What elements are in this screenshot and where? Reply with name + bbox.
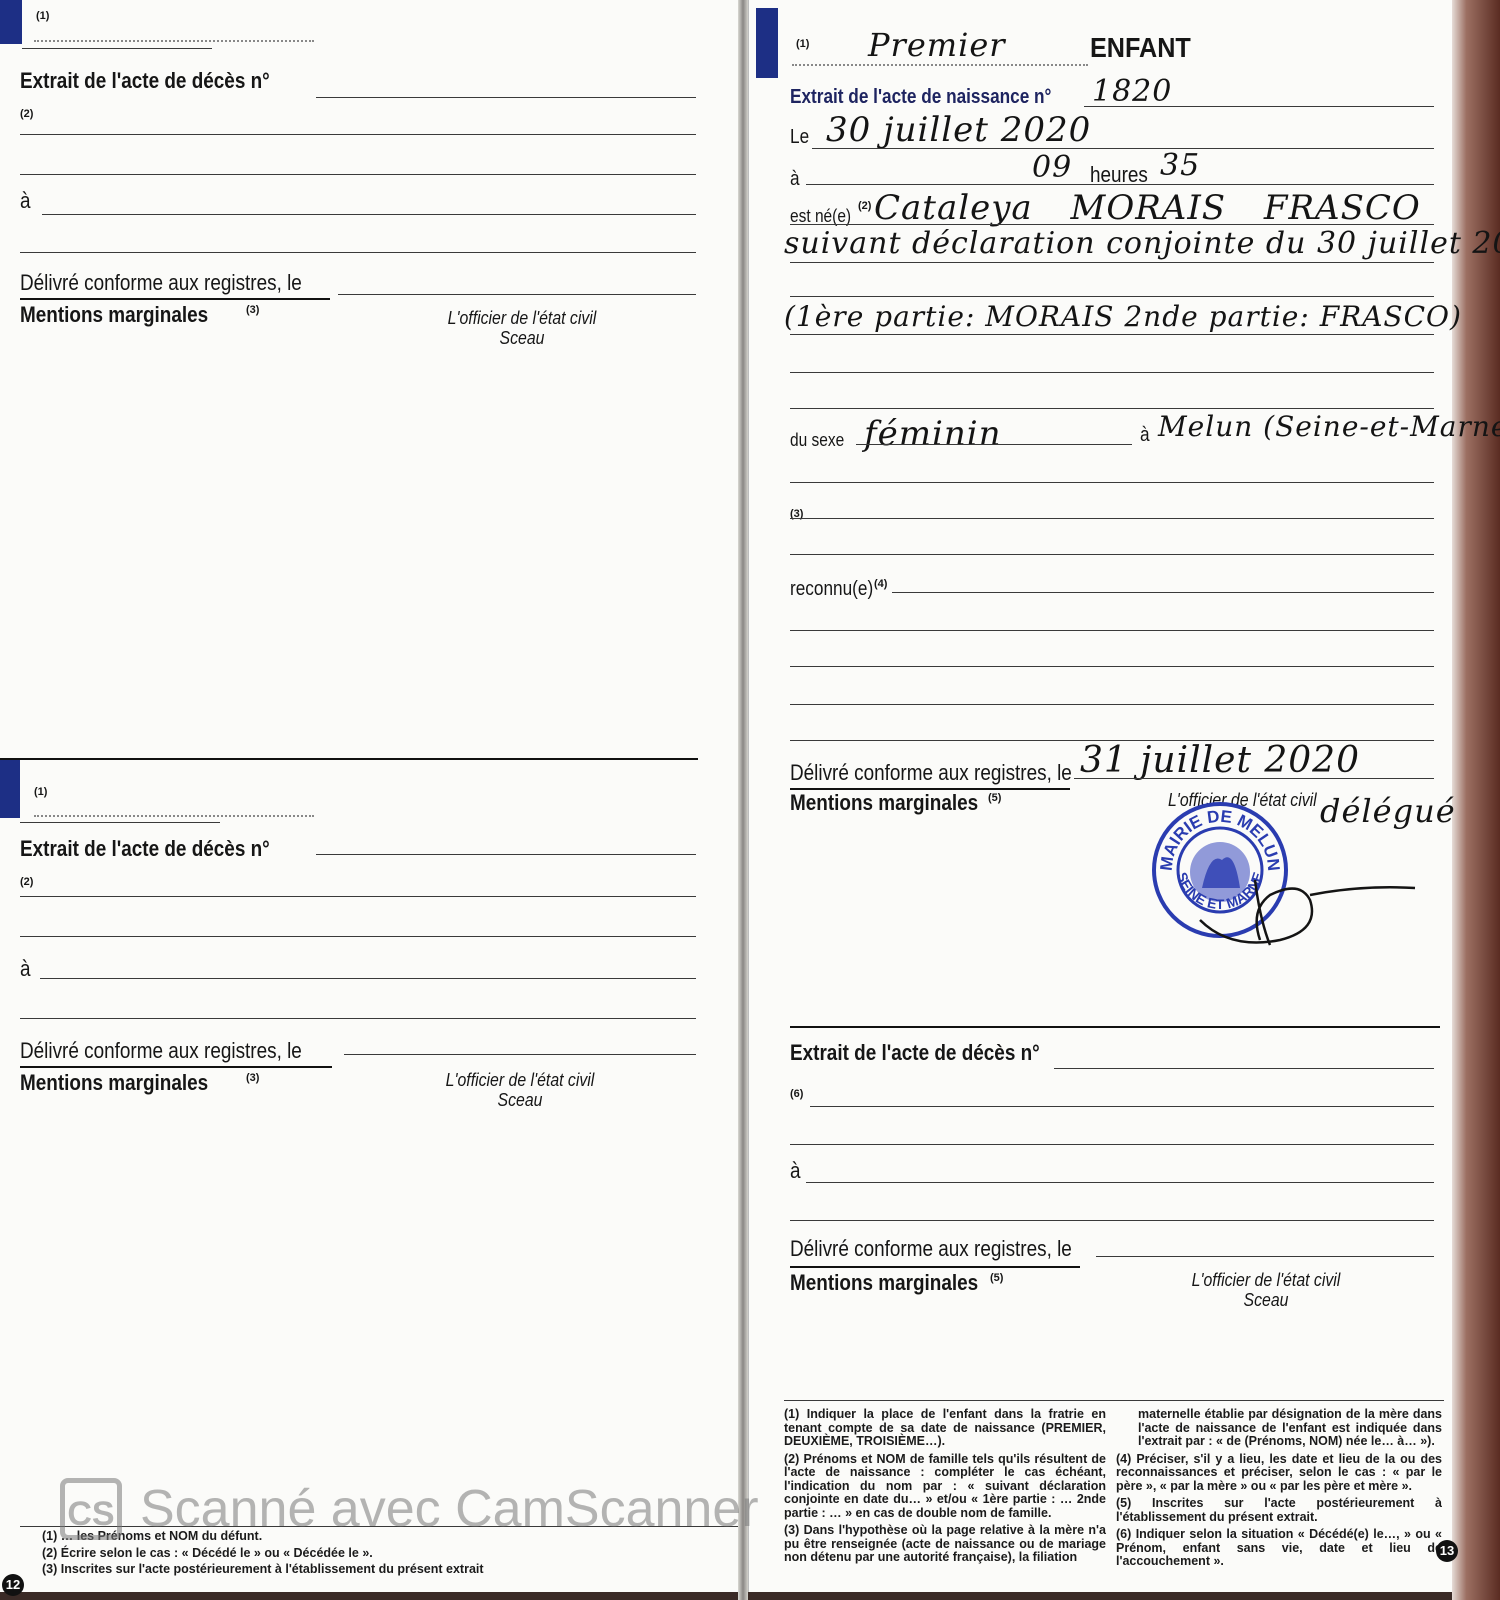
blank-line[interactable] xyxy=(790,666,1434,667)
blank-line[interactable] xyxy=(790,704,1434,705)
date-label: Le xyxy=(790,126,809,149)
rank-dotted-line xyxy=(34,40,314,42)
blank-line xyxy=(790,296,1434,297)
footnote-4: (4) Préciser, s'il y a lieu, les date et… xyxy=(1116,1453,1442,1494)
place-line[interactable] xyxy=(42,214,696,215)
mentions-label: Mentions marginales xyxy=(20,1070,208,1096)
minute-value: 35 xyxy=(1160,148,1200,183)
officer-label: L'officier de l'état civil Sceau xyxy=(1169,1270,1363,1310)
officer-title: L'officier de l'état civil xyxy=(425,308,619,328)
seal-label: Sceau xyxy=(1169,1290,1363,1310)
footnote-6: (6) Indiquer selon la situation « Décédé… xyxy=(1116,1528,1442,1569)
delivered-label: Délivré conforme aux registres, le xyxy=(790,1236,1072,1262)
blank-line[interactable] xyxy=(790,630,1434,631)
name-line-3: (1ère partie: MORAIS 2nde partie: FRASCO… xyxy=(784,300,1462,333)
section-marker-bar xyxy=(0,0,22,44)
date-value: 30 juillet 2020 xyxy=(826,110,1091,150)
blank-line[interactable] xyxy=(20,896,696,897)
blank-line xyxy=(790,482,1434,483)
officer-signature xyxy=(1160,840,1420,950)
blank-line[interactable] xyxy=(20,174,696,175)
page-number-right: 13 xyxy=(1436,1540,1458,1562)
footnote-2: (2) Prénoms et NOM de famille tels qu'il… xyxy=(784,1453,1106,1521)
act-number-line[interactable] xyxy=(1054,1068,1434,1069)
label-underline xyxy=(20,298,330,300)
seal-label: Sceau xyxy=(423,1090,617,1110)
blank-line xyxy=(790,518,1434,519)
section-marker-bar xyxy=(756,8,778,78)
act-number-line xyxy=(1084,106,1434,107)
footnote-divider xyxy=(784,1400,1444,1401)
right-footnotes-col2: maternelle établie par désignation de la… xyxy=(1116,1408,1442,1569)
act-number-line[interactable] xyxy=(316,97,696,98)
sex-label: du sexe xyxy=(790,430,844,451)
label-underline xyxy=(20,1066,332,1068)
officer-label: L'officier de l'état civil Sceau xyxy=(423,1070,617,1110)
hour-value: 09 xyxy=(1032,150,1072,185)
blank-line xyxy=(790,262,1434,263)
divider xyxy=(20,822,220,823)
footnote-5: (5) Inscrites sur l'acte postérieurement… xyxy=(1116,1497,1442,1524)
recognized-line[interactable] xyxy=(892,592,1434,593)
sex-value: féminin xyxy=(864,414,1002,454)
officer-handwritten: délégué xyxy=(1320,792,1456,830)
seal-label: Sceau xyxy=(425,328,619,348)
delivered-date-line[interactable] xyxy=(338,294,696,295)
watermark-text: Scanné avec CamScanner xyxy=(140,1479,759,1539)
delivered-label: Délivré conforme aux registres, le xyxy=(20,270,302,296)
camscanner-watermark: CS Scanné avec CamScanner xyxy=(60,1478,759,1540)
time-line xyxy=(806,184,1434,185)
mentions-ref: (3) xyxy=(246,304,259,316)
name-line-2: suivant déclaration conjointe du 30 juil… xyxy=(784,226,1500,261)
label-underline xyxy=(790,1266,1080,1268)
rank-suffix: ENFANT xyxy=(1090,32,1191,64)
delivered-date-line[interactable] xyxy=(344,1054,696,1055)
birth-act-title: Extrait de l'acte de naissance n° xyxy=(790,86,1051,109)
name-line xyxy=(790,224,1434,225)
place-label: à xyxy=(20,956,31,982)
blank-line[interactable] xyxy=(20,1018,696,1019)
rank-ref: (1) xyxy=(34,786,47,798)
place-label: à xyxy=(790,1158,801,1184)
death-act-title: Extrait de l'acte de décès n° xyxy=(20,68,270,94)
at-label: à xyxy=(790,168,800,191)
blank-line xyxy=(790,554,1434,555)
mentions-ref: (3) xyxy=(246,1072,259,1084)
blank-line xyxy=(790,334,1434,335)
date-line xyxy=(812,148,1434,149)
footnote-ref: (2) xyxy=(20,876,33,888)
place-label: à xyxy=(1140,424,1150,447)
delivered-label: Délivré conforme aux registres, le xyxy=(20,1038,302,1064)
camscanner-logo-icon: CS xyxy=(60,1478,122,1540)
delivered-date-line[interactable] xyxy=(1096,1256,1434,1257)
officer-title: L'officier de l'état civil xyxy=(423,1070,617,1090)
recognized-ref: (4) xyxy=(874,578,887,590)
blank-line[interactable] xyxy=(20,134,696,135)
footnote-2: (2) Écrire selon le cas : « Décédé le » … xyxy=(42,1547,702,1561)
footnote-3: (3) Dans l'hypothèse où la page relative… xyxy=(784,1524,1106,1565)
death-act-title: Extrait de l'acte de décès n° xyxy=(20,836,270,862)
mentions-label: Mentions marginales xyxy=(20,302,208,328)
mentions-ref: (5) xyxy=(990,1272,1003,1284)
place-line[interactable] xyxy=(806,1182,1434,1183)
rank-ref: (1) xyxy=(36,10,49,22)
rank-dotted-line xyxy=(792,64,1088,66)
blank-line[interactable] xyxy=(790,1220,1434,1221)
sex-line xyxy=(856,444,1132,445)
footnote-1: (1) Indiquer la place de l'enfant dans l… xyxy=(784,1408,1106,1449)
rank-ref: (1) xyxy=(796,38,809,50)
footnote-3: (3) Inscrites sur l'acte postérieurement… xyxy=(42,1563,702,1577)
name-value: Cataleya MORAIS FRASCO xyxy=(874,188,1421,228)
blank-line[interactable] xyxy=(20,252,696,253)
footnote-3-cont: maternelle établie par désignation de la… xyxy=(1116,1408,1442,1449)
delivered-date-line xyxy=(1074,778,1434,779)
delivered-label: Délivré conforme aux registres, le xyxy=(790,760,1072,786)
blank-line xyxy=(790,408,1434,409)
officer-title: L'officier de l'état civil xyxy=(1169,1270,1363,1290)
footnote-ref: (2) xyxy=(20,108,33,120)
divider xyxy=(22,48,212,49)
footnote-ref-6: (6) xyxy=(790,1088,803,1100)
act-number-line[interactable] xyxy=(316,854,696,855)
death-act-title: Extrait de l'acte de décès n° xyxy=(790,1040,1040,1066)
book-spine xyxy=(738,0,748,1600)
right-footnotes-col1: (1) Indiquer la place de l'enfant dans l… xyxy=(784,1408,1106,1565)
mentions-label: Mentions marginales xyxy=(790,1270,978,1296)
blank-line[interactable] xyxy=(20,936,696,937)
act-number: 1820 xyxy=(1092,74,1172,109)
rank-dotted-line xyxy=(34,815,314,817)
mentions-ref: (5) xyxy=(988,792,1001,804)
section-divider xyxy=(0,758,698,760)
place-value: Melun (Seine-et-Marne) xyxy=(1158,410,1500,443)
born-ref: (2) xyxy=(858,200,871,212)
blank-line[interactable] xyxy=(790,1144,1434,1145)
left-page xyxy=(0,0,738,1592)
delivered-date-value: 31 juillet 2020 xyxy=(1080,740,1360,781)
blank-line[interactable] xyxy=(810,1106,1434,1107)
mentions-label: Mentions marginales xyxy=(790,790,978,816)
blank-line xyxy=(790,372,1434,373)
place-line[interactable] xyxy=(40,978,696,979)
section-marker-bar xyxy=(0,760,20,818)
rank-value: Premier xyxy=(868,26,1006,64)
place-label: à xyxy=(20,188,31,214)
page-number-left: 12 xyxy=(2,1574,24,1596)
officer-label: L'officier de l'état civil Sceau xyxy=(425,308,619,348)
recognized-label: reconnu(e) xyxy=(790,578,873,601)
section-divider xyxy=(790,1026,1440,1028)
